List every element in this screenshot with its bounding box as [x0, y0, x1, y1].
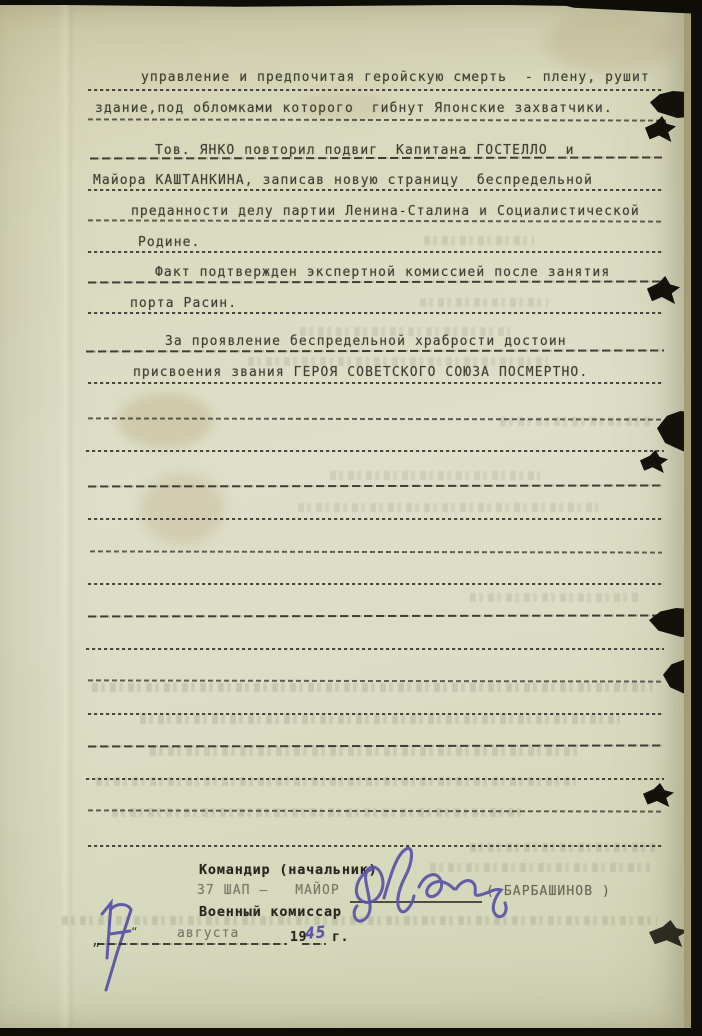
binding-tear [643, 783, 674, 807]
binding-tear [640, 450, 668, 473]
date-close-quote: “ [131, 925, 138, 938]
binding-shadow [691, 0, 702, 1036]
ruled-line [88, 251, 662, 253]
ruled-line [88, 89, 664, 91]
handwritten-signature [343, 837, 518, 929]
ruled-line [88, 518, 662, 520]
ruled-line [88, 118, 666, 121]
ruled-line [88, 189, 664, 191]
paper-crease [58, 5, 74, 1028]
ruled-line [86, 450, 664, 452]
ruled-line [88, 809, 662, 812]
scan-edge-bottom [0, 1027, 702, 1036]
paper-stain [545, 11, 675, 73]
bleedthrough-mark [140, 715, 620, 724]
date-underline [97, 943, 287, 945]
typed-line: Майора КАШТАНКИНА, записав новую страниц… [93, 173, 593, 188]
ruled-line [88, 312, 662, 314]
unit-rank-line: 37 ШАП – МАЙОР [197, 883, 340, 898]
bleedthrough-mark [424, 236, 534, 245]
typed-line: здание,под обломками которого гибнут Япо… [95, 101, 613, 116]
paper-page: управление и предпочитая геройскую смерт… [0, 5, 687, 1028]
bleedthrough-mark [92, 683, 652, 692]
paper-stain [140, 473, 225, 545]
ruled-line [90, 550, 662, 553]
typed-line: преданности делу партии Ленина-Сталина и… [131, 204, 640, 219]
typed-line: порта Расин. [130, 296, 237, 311]
ruled-line [88, 417, 664, 420]
ruled-line [88, 744, 662, 747]
bleedthrough-mark [420, 298, 548, 307]
typed-line: присвоения звания ГЕРОЯ СОВЕТСКОГО СОЮЗА… [133, 365, 588, 380]
binding-tear [649, 920, 688, 947]
ruled-line [86, 778, 664, 780]
ruled-line [88, 679, 662, 682]
ruled-line [88, 713, 664, 715]
ruled-line [88, 614, 662, 617]
date-year-suffix: г. [332, 930, 349, 945]
commissar-label: Военный комиссар [199, 904, 342, 920]
bleedthrough-mark [298, 503, 598, 512]
document-scan: управление и предпочитая геройскую смерт… [0, 0, 702, 1036]
typed-line: Родине. [138, 235, 201, 250]
ruled-line [86, 648, 664, 650]
handwritten-year: 45 [304, 922, 327, 943]
paper-stain [118, 393, 213, 448]
typed-line: За проявление беспредельной храбрости до… [165, 334, 567, 349]
ruled-line [88, 583, 664, 585]
ruled-line [88, 484, 662, 487]
date-underline-short [302, 943, 326, 945]
ruled-line [88, 280, 664, 283]
bleedthrough-mark [470, 593, 640, 602]
bleedthrough-mark [150, 747, 580, 756]
ruled-line [88, 219, 664, 222]
ruled-line [88, 382, 662, 384]
typed-line: Факт подтвержден экспертной комиссией по… [155, 265, 610, 280]
typed-line: Тов. ЯНКО повторил подвиг Капитана ГОСТЕ… [155, 143, 575, 158]
typed-line: управление и предпочитая геройскую смерт… [141, 70, 650, 85]
handwritten-day [84, 898, 146, 994]
bleedthrough-mark [330, 471, 540, 480]
date-month: августа [177, 926, 240, 941]
ruled-line [86, 349, 664, 352]
